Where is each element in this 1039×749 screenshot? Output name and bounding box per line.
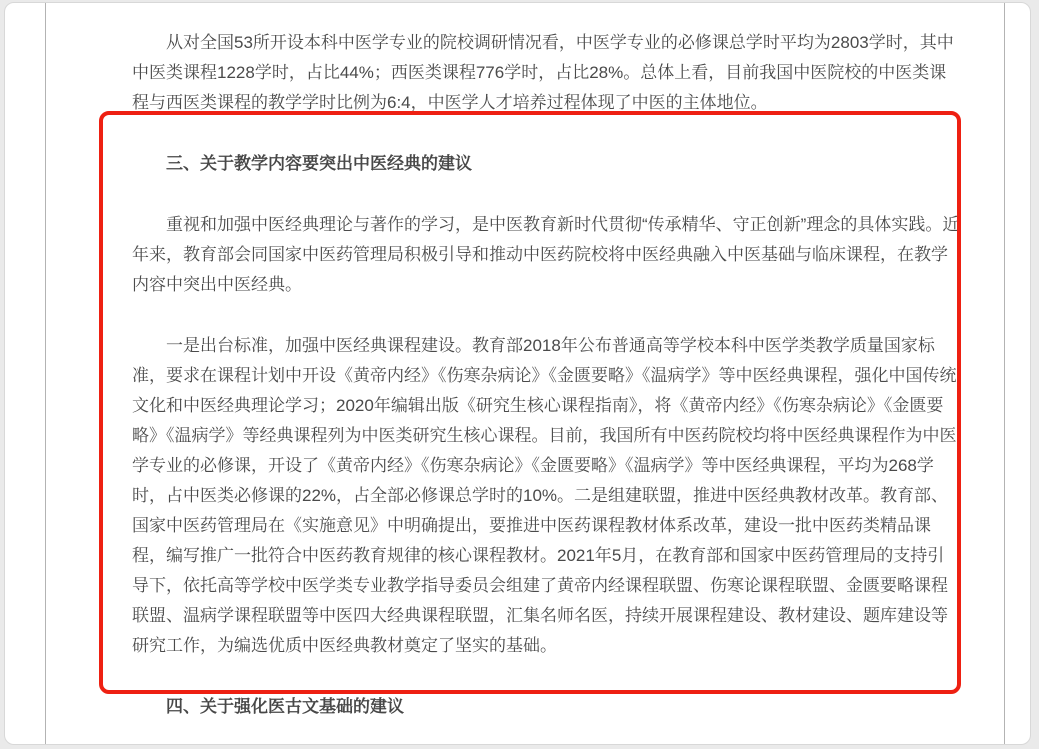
document-content: 从对全国53所开设本科中医学专业的院校调研情况看，中医学专业的必修课总学时平均为… (132, 28, 960, 745)
document-page: 从对全国53所开设本科中医学专业的院校调研情况看，中医学专业的必修课总学时平均为… (4, 2, 1031, 745)
section3-paragraph-1: 重视和加强中医经典理论与著作的学习，是中医教育新时代贯彻“传承精华、守正创新”理… (132, 210, 960, 300)
section-heading-4: 四、关于强化医古文基础的建议 (132, 692, 960, 722)
section3-paragraph-2: 一是出台标准，加强中医经典课程建设。教育部2018年公布普通高等学校本科中医学类… (132, 331, 960, 661)
content-left-border (45, 3, 46, 744)
intro-paragraph: 从对全国53所开设本科中医学专业的院校调研情况看，中医学专业的必修课总学时平均为… (132, 28, 960, 118)
content-right-border (1004, 3, 1005, 744)
section-heading-3: 三、关于教学内容要突出中医经典的建议 (132, 149, 960, 179)
